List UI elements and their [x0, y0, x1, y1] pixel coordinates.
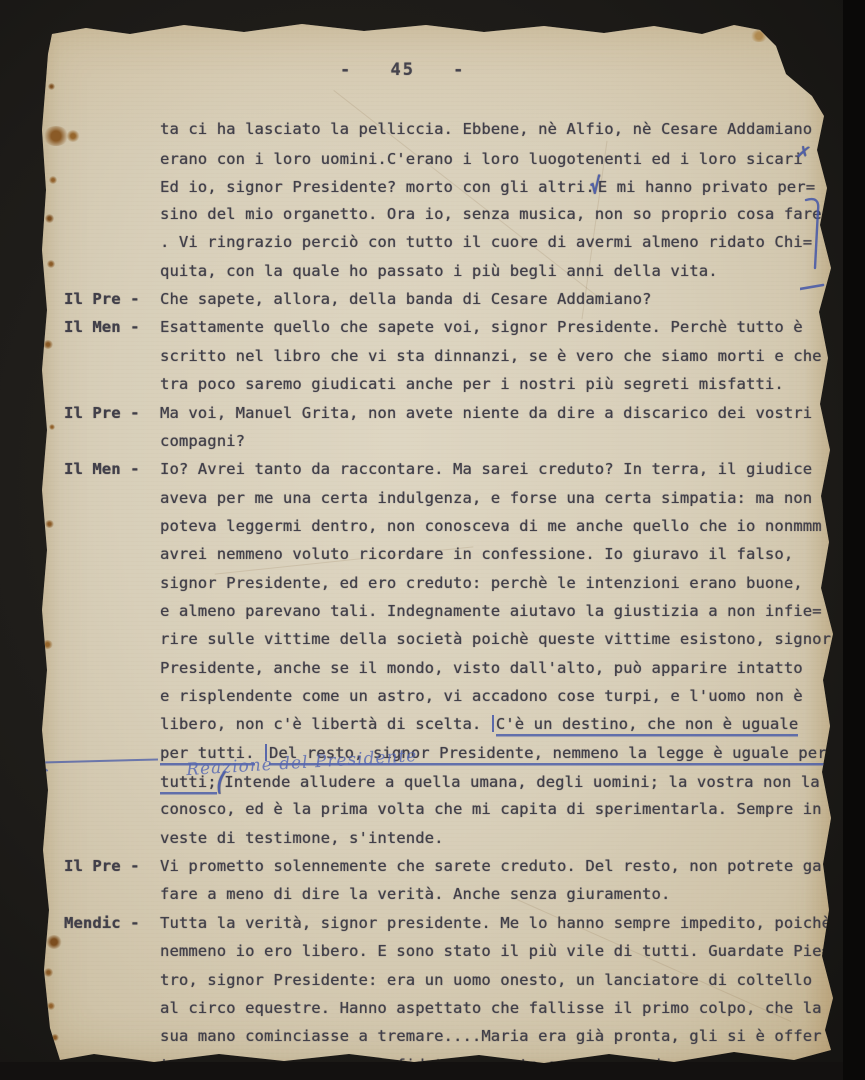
text-run: compagni?	[160, 432, 245, 450]
text-run: Esattamente quello che sapete voi, signo…	[160, 318, 803, 336]
text-run: e risplendente come un astro, vi accadon…	[160, 687, 803, 705]
paper-stain	[43, 340, 53, 349]
text-run: Ma voi, Manuel Grita, non avete niente d…	[160, 404, 812, 422]
text-run: . Vi ringrazio perciò con tutto il cuore…	[160, 233, 812, 251]
typescript-line: sua mano cominciasse a tremare....Maria …	[160, 1027, 822, 1046]
paper-stain	[51, 1034, 59, 1041]
typescript-line: e risplendente come un astro, vi accadon…	[160, 687, 803, 706]
text-run: nemmeno io ero libero. E sono stato il p…	[160, 942, 831, 960]
text-run: Presidente, anche se il mondo, visto dal…	[160, 659, 803, 677]
typescript-line: fare a meno di dire la verità. Anche sen…	[160, 885, 670, 904]
text-run: Intende alludere a quella umana, degli u…	[224, 773, 819, 791]
text-run: Vi prometto solennemente che sarete cred…	[160, 857, 822, 875]
paper-stain	[49, 176, 57, 184]
x-mark-icon: ✗	[795, 141, 811, 162]
text-run: sua mano cominciasse a tremare....Maria …	[160, 1027, 822, 1045]
typescript-line: tra poco saremo giudicati anche per i no…	[160, 375, 784, 394]
text-run: e almeno parevano tali. Indegnamente aiu…	[160, 602, 822, 620]
typescript-line: sino del mio organetto. Ora io, senza mu…	[160, 205, 822, 224]
text-run: poteva leggermi dentro, non conosceva di…	[160, 517, 822, 535]
speaker-label: Mendic -	[64, 914, 140, 933]
text-run: Che sapete, allora, della banda di Cesar…	[160, 290, 652, 308]
text-run: Ed io, signor Presidente? morto con gli …	[160, 178, 595, 196]
scan-background: { "page": { "number_label": "- 45 -" }, …	[0, 0, 865, 1080]
typescript-line: Presidente, anche se il mondo, visto dal…	[160, 659, 803, 678]
text-run: conosco, ed è la prima volta che mi capi…	[160, 800, 822, 818]
text-run: Io? Avrei tanto da raccontare. Ma sarei …	[160, 460, 812, 478]
paper-stain	[47, 1002, 55, 1010]
typescript-line: conosco, ed è la prima volta che mi capi…	[160, 800, 822, 819]
paper-stain	[47, 260, 55, 268]
text-run: aveva per me una certa indulgenza, e for…	[160, 489, 812, 507]
text-run: E mi hanno privato per=	[598, 178, 815, 196]
speaker-label: Il Pre -	[64, 290, 140, 309]
typescript-line: rire sulle vittime della società poichè …	[160, 630, 831, 649]
typescript-line: Il Pre -Ma voi, Manuel Grita, non avete …	[160, 404, 812, 423]
check-mark-icon: √	[590, 174, 601, 198]
typescript-line: e almeno parevano tali. Indegnamente aiu…	[160, 602, 822, 621]
text-run: erano con i loro uomini.C'erano i loro l…	[160, 150, 803, 168]
text-run: tra poco saremo giudicati anche per i no…	[160, 375, 784, 393]
typescript-line: Mendic -Tutta la verità, signor presiden…	[160, 914, 831, 933]
text-run: ta compagna e sposa; ha sfidato la morte…	[160, 1056, 803, 1074]
typescript-line: Il Men -Io? Avrei tanto da raccontare. M…	[160, 460, 812, 479]
text-run: scritto nel libro che vi sta dinnanzi, s…	[160, 347, 822, 365]
typescript-line: signor Presidente, ed ero creduto: perch…	[160, 574, 803, 593]
text-run: libero, non c'è libertà di scelta.	[160, 715, 491, 733]
speaker-label: Il Pre -	[64, 857, 140, 876]
text-run: ta ci ha lasciato la pelliccia. Ebbene, …	[160, 120, 812, 138]
typescript-line: avrei nemmeno voluto ricordare in confes…	[160, 545, 793, 564]
text-run: sino del mio organetto. Ora io, senza mu…	[160, 205, 822, 223]
text-run: rire sulle vittime della società poichè …	[160, 630, 831, 648]
typescript-line: compagni?	[160, 432, 245, 451]
typescript-line: Il Pre -Vi prometto solennemente che sar…	[160, 857, 822, 876]
typescript-line: veste di testimone, s'intende.	[160, 829, 444, 848]
margin-bracket-line	[800, 192, 840, 302]
text-run: al circo equestre. Hanno aspettato che f…	[160, 999, 822, 1017]
typescript-line: nemmeno io ero libero. E sono stato il p…	[160, 942, 831, 961]
paper-stain	[42, 640, 53, 649]
typescript-line: al circo equestre. Hanno aspettato che f…	[160, 999, 822, 1018]
typescript-line: poteva leggermi dentro, non conosceva di…	[160, 517, 822, 536]
paper-stain	[45, 214, 54, 223]
paper-stain	[44, 968, 53, 977]
typescript-line: erano con i loro uomini.C'erano i loro l…	[160, 148, 809, 169]
paper-stain	[43, 126, 69, 146]
paper-stain	[49, 424, 55, 430]
typescript-line: ta ci ha lasciato la pelliccia. Ebbene, …	[160, 120, 812, 139]
ink-underline-hook	[37, 762, 48, 772]
speaker-label: Il Men -	[64, 318, 140, 337]
text-run: avrei nemmeno voluto ricordare in confes…	[160, 545, 793, 563]
ink-underline-extension	[42, 758, 158, 763]
ink-bar	[492, 715, 494, 732]
typescript-line: aveva per me una certa indulgenza, e for…	[160, 489, 812, 508]
paper-stain	[66, 130, 80, 142]
text-run: signor Presidente, ed ero creduto: perch…	[160, 574, 803, 592]
typescript-line: quita, con la quale ho passato i più beg…	[160, 262, 718, 281]
text-run: tro, signor Presidente: era un uomo ones…	[160, 971, 812, 989]
typescript-line: libero, non c'è libertà di scelta. C'è u…	[160, 715, 798, 734]
typescript-line: . Vi ringrazio perciò con tutto il cuore…	[160, 233, 812, 252]
speaker-label: Il Men -	[64, 460, 140, 479]
typescript-line: ta compagna e sposa; ha sfidato la morte…	[160, 1056, 803, 1075]
text-run: Tutta la verità, signor presidente. Me l…	[160, 914, 831, 932]
typescript-line: Il Pre -Che sapete, allora, della banda …	[160, 290, 652, 309]
typescript-line: scritto nel libro che vi sta dinnanzi, s…	[160, 347, 822, 366]
typescript-line: Ed io, signor Presidente? morto con gli …	[160, 177, 815, 197]
typescript-line: tro, signor Presidente: era un uomo ones…	[160, 971, 812, 990]
text-run: C'è un destino, che non è uguale	[496, 715, 798, 734]
text-run: veste di testimone, s'intende.	[160, 829, 444, 847]
typescript-text: ta ci ha lasciato la pelliccia. Ebbene, …	[160, 20, 860, 1066]
paper-stain	[45, 520, 54, 528]
paper-stain	[48, 83, 55, 90]
text-run: quita, con la quale ho passato i più beg…	[160, 262, 718, 280]
typescript-page: - 45 - ta ci ha lasciato la pelliccia. E…	[34, 20, 842, 1066]
text-run: fare a meno di dire la verità. Anche sen…	[160, 885, 670, 903]
paper-stain	[46, 935, 62, 949]
speaker-label: Il Pre -	[64, 404, 140, 423]
typescript-line: Il Men -Esattamente quello che sapete vo…	[160, 318, 803, 337]
